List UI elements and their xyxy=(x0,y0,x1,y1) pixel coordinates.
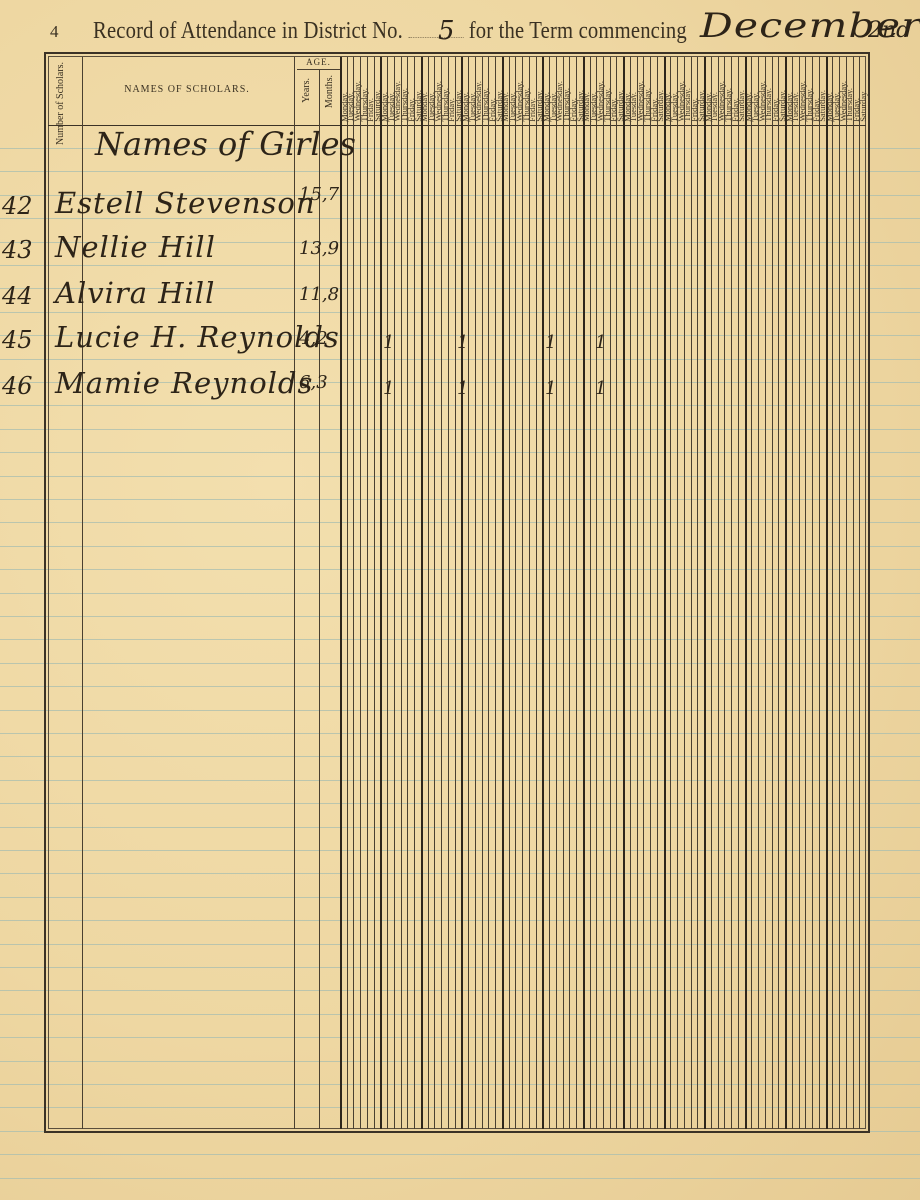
day-divider-line xyxy=(718,57,719,1129)
day-divider-line xyxy=(637,57,638,1129)
day-divider-line xyxy=(482,57,483,1129)
day-divider-line xyxy=(576,57,577,1129)
day-divider-line xyxy=(799,57,800,1129)
week-divider-line xyxy=(623,57,625,1129)
day-divider-line xyxy=(630,57,631,1129)
scholar-number: 43 xyxy=(2,236,33,264)
day-divider-line xyxy=(434,57,435,1129)
attendance-mark: 1 xyxy=(595,332,606,353)
day-divider-line xyxy=(643,57,644,1129)
day-divider-line xyxy=(509,57,510,1129)
day-divider-line xyxy=(536,57,537,1129)
day-divider-line xyxy=(529,57,530,1129)
scholar-age: 11,8 xyxy=(299,284,339,305)
week-divider-line xyxy=(583,57,585,1129)
day-divider-line xyxy=(387,57,388,1129)
scholar-age: 15,7 xyxy=(299,184,339,205)
ruled-line xyxy=(0,1178,920,1179)
scholar-name: Mamie Reynolds xyxy=(55,366,313,400)
day-divider-line xyxy=(590,57,591,1129)
day-divider-line xyxy=(360,57,361,1129)
scholar-number: 42 xyxy=(2,192,33,220)
day-divider-line xyxy=(731,57,732,1129)
day-divider-line xyxy=(677,57,678,1129)
header-names-of-scholars: NAMES OF SCHOLARS. xyxy=(92,84,282,95)
header-years: Years. xyxy=(302,78,312,103)
day-divider-line xyxy=(792,57,793,1129)
title-prefix: Record of Attendance in District No. xyxy=(93,18,403,44)
week-divider-line xyxy=(542,57,544,1129)
attendance-mark: 1 xyxy=(595,378,606,399)
day-divider-line xyxy=(738,57,739,1129)
day-divider-line xyxy=(684,57,685,1129)
page-number: 4 xyxy=(50,22,59,42)
day-divider-line xyxy=(670,57,671,1129)
day-divider-line xyxy=(778,57,779,1129)
day-divider-line xyxy=(556,57,557,1129)
day-divider-line xyxy=(805,57,806,1129)
day-divider-line xyxy=(367,57,368,1129)
week-divider-line xyxy=(785,57,787,1129)
day-divider-line xyxy=(610,57,611,1129)
district-blank xyxy=(408,19,463,38)
week-divider-line xyxy=(826,57,828,1129)
section-heading: Names of Girles xyxy=(95,125,356,163)
day-divider-line xyxy=(650,57,651,1129)
scholar-name: Lucie H. Reynolds xyxy=(55,320,340,354)
term-start-day: 2nd xyxy=(868,18,910,43)
scholar-name: Nellie Hill xyxy=(55,230,216,264)
scholar-name: Estell Stevenson xyxy=(55,186,316,220)
week-divider-line xyxy=(380,57,382,1129)
scholar-age: 4,2 xyxy=(299,328,328,349)
day-divider-line xyxy=(407,57,408,1129)
scholar-number: 44 xyxy=(2,282,33,310)
scholar-name: Alvira Hill xyxy=(55,276,215,310)
day-divider-line xyxy=(859,57,860,1129)
attendance-mark: 1 xyxy=(457,332,468,353)
day-divider-line xyxy=(846,57,847,1129)
scholar-number: 45 xyxy=(2,326,33,354)
day-divider-line xyxy=(374,57,375,1129)
title-middle: for the Term commencing xyxy=(469,18,687,44)
day-divider-line xyxy=(832,57,833,1129)
week-divider-line xyxy=(421,57,423,1129)
day-divider-line xyxy=(819,57,820,1129)
day-divider-line xyxy=(495,57,496,1129)
day-divider-line xyxy=(812,57,813,1129)
week-divider-line xyxy=(745,57,747,1129)
attendance-mark: 1 xyxy=(383,332,394,353)
page-title: Record of Attendance in District No. for… xyxy=(93,18,687,45)
day-divider-line xyxy=(751,57,752,1129)
day-divider-line xyxy=(401,57,402,1129)
week-divider-line xyxy=(502,57,504,1129)
day-divider-line xyxy=(616,57,617,1129)
attendance-mark: 1 xyxy=(457,378,468,399)
day-divider-line xyxy=(596,57,597,1129)
day-divider-line xyxy=(697,57,698,1129)
day-divider-line xyxy=(522,57,523,1129)
week-divider-line xyxy=(461,57,463,1129)
district-number: 5 xyxy=(438,16,455,46)
day-divider-line xyxy=(468,57,469,1129)
day-divider-line xyxy=(549,57,550,1129)
day-divider-line xyxy=(603,57,604,1129)
day-header-saturday: Saturday. xyxy=(860,58,867,122)
header-months: Months. xyxy=(325,75,335,108)
scholar-number: 46 xyxy=(2,372,33,400)
day-divider-line xyxy=(394,57,395,1129)
scholar-age: 13,9 xyxy=(299,238,339,259)
day-divider-line xyxy=(353,57,354,1129)
day-divider-line xyxy=(488,57,489,1129)
header-age: AGE. xyxy=(297,57,340,67)
day-divider-line xyxy=(347,57,348,1129)
week-divider-line xyxy=(664,57,666,1129)
day-divider-line xyxy=(414,57,415,1129)
day-divider-line xyxy=(428,57,429,1129)
day-divider-line xyxy=(455,57,456,1129)
attendance-mark: 1 xyxy=(545,332,556,353)
day-divider-line xyxy=(772,57,773,1129)
ruled-line xyxy=(0,1154,920,1155)
week-divider-line xyxy=(704,57,706,1129)
day-divider-line xyxy=(563,57,564,1129)
day-divider-line xyxy=(724,57,725,1129)
col-line-months xyxy=(340,57,342,1129)
attendance-mark: 1 xyxy=(545,378,556,399)
day-divider-line xyxy=(711,57,712,1129)
day-divider-line xyxy=(441,57,442,1129)
day-divider-line xyxy=(765,57,766,1129)
day-divider-line xyxy=(758,57,759,1129)
scholar-age: 6,3 xyxy=(299,372,328,393)
header-number-of-scholars: Number of Scholars. xyxy=(56,62,66,145)
day-divider-line xyxy=(657,57,658,1129)
day-divider-line xyxy=(691,57,692,1129)
day-divider-line xyxy=(569,57,570,1129)
attendance-mark: 1 xyxy=(383,378,394,399)
col-line-years xyxy=(319,69,320,1129)
day-divider-line xyxy=(475,57,476,1129)
day-divider-line xyxy=(515,57,516,1129)
day-divider-line xyxy=(853,57,854,1129)
day-divider-line xyxy=(448,57,449,1129)
day-divider-line xyxy=(839,57,840,1129)
